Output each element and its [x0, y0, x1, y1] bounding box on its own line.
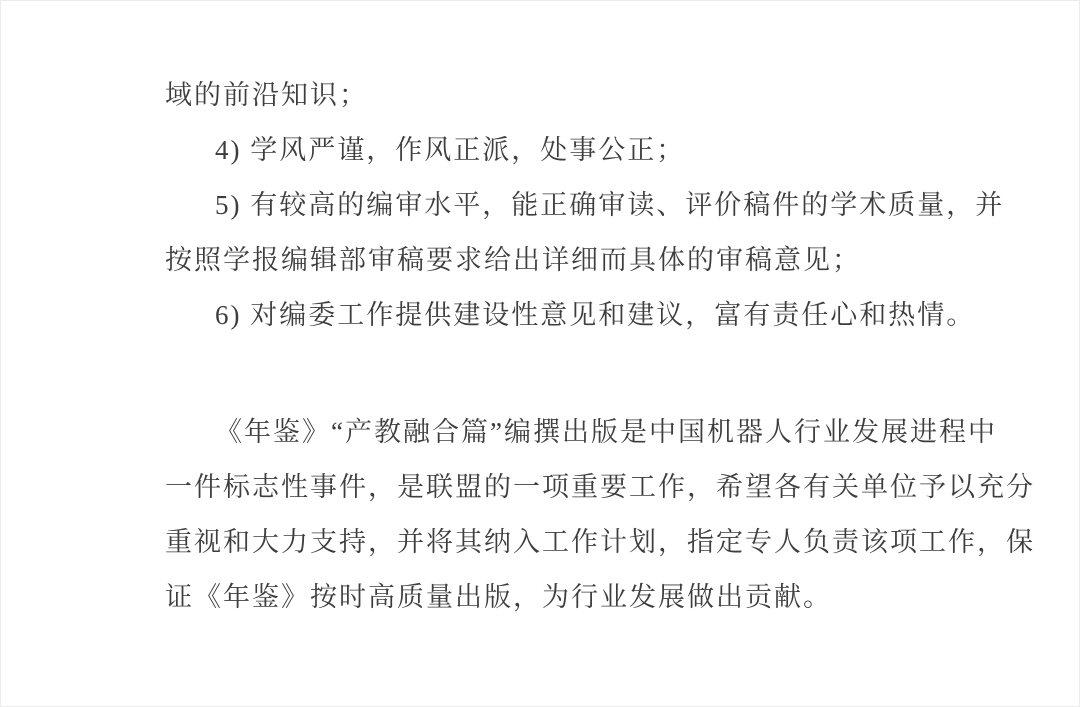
- text-line: 5) 有较高的编审水平，能正确审读、评价稿件的学术质量，并: [165, 178, 940, 233]
- text-line: 《年鉴》“产教融合篇”编撰出版是中国机器人行业发展进程中: [165, 405, 940, 460]
- text-line: 6) 对编委工作提供建设性意见和建议，富有责任心和热情。: [165, 288, 940, 343]
- text-line: 一件标志性事件，是联盟的一项重要工作，希望各有关单位予以充分: [165, 460, 940, 515]
- blank-line: [165, 343, 940, 405]
- text-line: 4) 学风严谨，作风正派，处事公正；: [165, 123, 940, 178]
- text-line: 按照学报编辑部审稿要求给出详细而具体的审稿意见；: [165, 233, 940, 288]
- document-text-body: 域的前沿知识；4) 学风严谨，作风正派，处事公正；5) 有较高的编审水平，能正确…: [165, 68, 940, 625]
- text-line: 证《年鉴》按时高质量出版，为行业发展做出贡献。: [165, 570, 940, 625]
- text-line: 重视和大力支持，并将其纳入工作计划，指定专人负责该项工作，保: [165, 515, 940, 570]
- text-line: 域的前沿知识；: [165, 68, 940, 123]
- document-page: 域的前沿知识；4) 学风严谨，作风正派，处事公正；5) 有较高的编审水平，能正确…: [0, 0, 1080, 707]
